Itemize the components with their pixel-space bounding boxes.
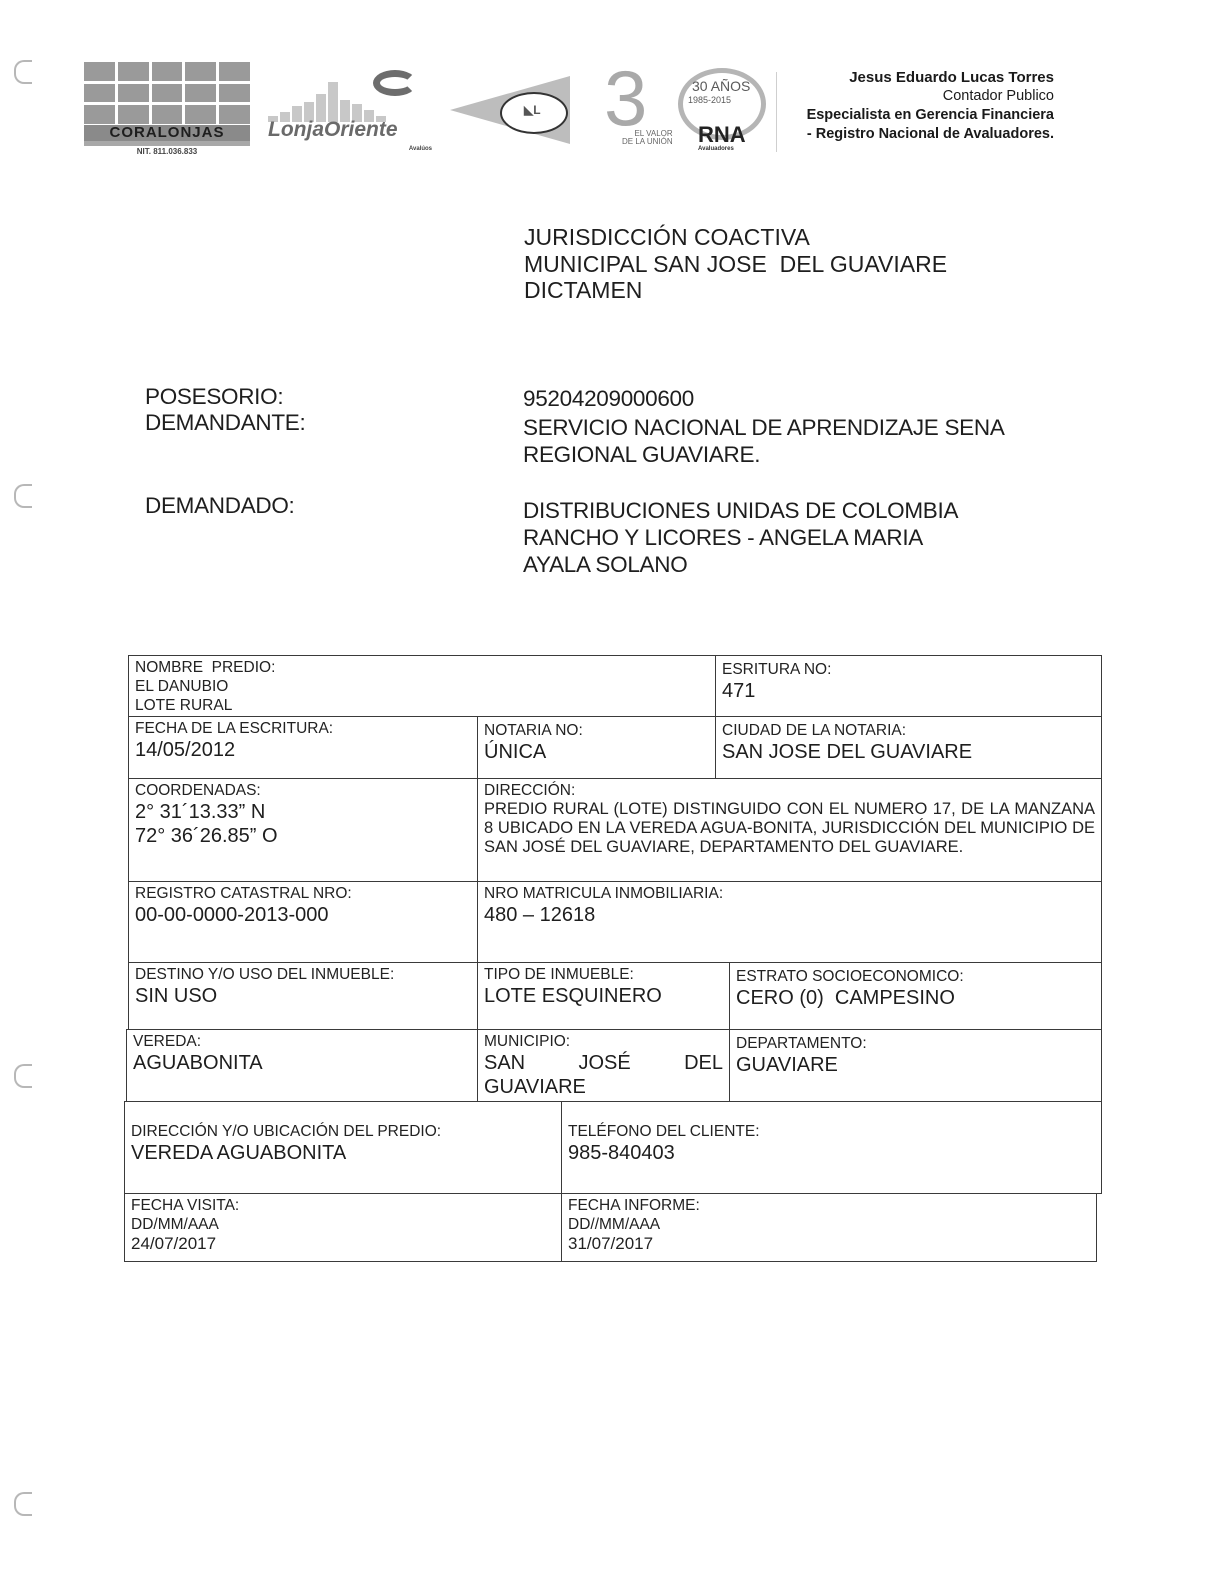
tipo-inmueble-label: TIPO DE INMUEBLE: [484,965,723,984]
rna-30-anos-logo: 3 30 AÑOS 1985-2015 EL VALOR DE LA UNIÓN… [600,64,770,156]
fecha-visita-format: DD/MM/AAA [131,1215,555,1234]
fecha-informe-label: FECHA INFORME: [568,1196,1090,1215]
binder-hole-mark [14,1492,32,1516]
posesorio-label: POSESORIO: [145,384,283,410]
notaria-no-label: NOTARIA NO: [484,721,709,740]
issuer-name: Jesus Eduardo Lucas Torres [807,68,1054,87]
registro-catastral-value: 00-00-0000-2013-000 [135,903,471,927]
fecha-informe-format: DD//MM/AAA [568,1215,1090,1234]
lonja-oriente-name: LonjaOriente [268,118,398,142]
posesorio-value: 95204209000600 [523,385,694,412]
demandante-label: DEMANDANTE: [145,410,305,436]
escritura-no-value: 471 [722,679,1095,703]
matricula-value: 480 – 12618 [484,903,1095,927]
issuer-specialty: Especialista en Gerencia Financiera [807,106,1054,125]
coralonjas-nit: NIT. 811.036.833 [84,147,250,156]
direccion-label: DIRECCIÓN: [484,781,1095,800]
ciudad-notaria-value: SAN JOSE DEL GUAVIARE [722,740,1095,764]
coralonjas-logo: CORALONJAS NIT. 811.036.833 [84,62,254,156]
issuer-block: Jesus Eduardo Lucas Torres Contador Publ… [807,68,1054,144]
fecha-informe-value: 31/07/2017 [568,1234,1090,1253]
ubicacion-label: DIRECCIÓN Y/O UBICACIÓN DEL PREDIO: [131,1122,555,1141]
document-title: JURISDICCIÓN COACTIVA MUNICIPAL SAN JOSE… [524,224,947,304]
lonja-oriente-logo: LonjaOriente Avalúos [268,66,448,146]
cell-notaria-no: NOTARIA NO: ÚNICA [477,716,716,779]
title-line-1: JURISDICCIÓN COACTIVA [524,224,947,251]
issuer-title: Contador Publico [807,87,1054,106]
estrato-value: CERO (0) CAMPESINO [736,986,1095,1010]
demandado-line-3: AYALA SOLANO [523,551,687,578]
binder-hole-mark [14,1064,32,1088]
escritura-no-label: ESRITURA NO: [722,660,1095,679]
cell-fecha-visita: FECHA VISITA: DD/MM/AAA 24/07/2017 [124,1193,562,1262]
title-line-3: DICTAMEN [524,277,947,304]
matricula-label: NRO MATRICULA INMOBILIARIA: [484,884,1095,903]
coralonjas-grid-icon [84,62,250,124]
ubicacion-value: VEREDA AGUABONITA [131,1141,555,1165]
header-divider [776,72,777,152]
nombre-predio-label: NOMBRE PREDIO: [135,658,709,677]
departamento-value: GUAVIARE [736,1053,1095,1077]
destino-label: DESTINO Y/O USO DEL INMUEBLE: [135,965,471,984]
municipio-value: SAN JOSÉ DEL GUAVIARE [484,1051,723,1099]
demandante-line-2: REGIONAL GUAVIARE. [523,441,760,468]
binder-hole-mark [14,60,32,84]
cell-registro-catastral: REGISTRO CATASTRAL NRO: 00-00-0000-2013-… [128,881,478,963]
cell-tipo-inmueble: TIPO DE INMUEBLE: LOTE ESQUINERO [477,962,730,1030]
vereda-label: VEREDA: [133,1032,471,1051]
coordenadas-label: COORDENADAS: [135,781,471,800]
demandado-label: DEMANDADO: [145,493,295,519]
cell-destino: DESTINO Y/O USO DEL INMUEBLE: SIN USO [128,962,478,1030]
eye-logo: ◣L [450,70,580,150]
tipo-inmueble-value: LOTE ESQUINERO [484,984,723,1008]
direccion-value: PREDIO RURAL (LOTE) DISTINGUIDO CON EL N… [484,800,1095,857]
cell-ubicacion: DIRECCIÓN Y/O UBICACIÓN DEL PREDIO: VERE… [124,1101,562,1194]
title-line-2: MUNICIPAL SAN JOSE DEL GUAVIARE [524,251,947,278]
cell-direccion: DIRECCIÓN: PREDIO RURAL (LOTE) DISTINGUI… [477,778,1102,882]
cell-estrato: ESTRATO SOCIOECONOMICO: CERO (0) CAMPESI… [729,962,1102,1030]
cell-escritura-no: ESRITURA NO: 471 [715,655,1102,717]
rna-brand: RNA [698,124,746,146]
ciudad-notaria-label: CIUDAD DE LA NOTARIA: [722,721,1095,740]
cell-vereda: VEREDA: AGUABONITA [126,1029,478,1102]
coralonjas-name: CORALONJAS [84,125,250,141]
cell-ciudad-notaria: CIUDAD DE LA NOTARIA: SAN JOSE DEL GUAVI… [715,716,1102,779]
coralonjas-subtitle-bar [84,141,250,146]
telefono-value: 985-840403 [568,1141,1095,1165]
lonja-oriente-subtitle: Avalúos [409,146,432,152]
tagline-line-2: DE LA UNIÓN [622,138,673,146]
cell-fecha-escritura: FECHA DE LA ESCRITURA: 14/05/2012 [128,716,478,779]
coordenadas-lat: 2° 31´13.33” N [135,800,471,824]
demandado-line-1: DISTRIBUCIONES UNIDAS DE COLOMBIA [523,497,958,524]
telefono-label: TELÉFONO DEL CLIENTE: [568,1122,1095,1141]
notaria-no-value: ÚNICA [484,740,709,764]
issuer-registry: - Registro Nacional de Avaluadores. [807,125,1054,144]
coordenadas-lon: 72° 36´26.85” O [135,824,471,848]
cell-matricula: NRO MATRICULA INMOBILIARIA: 480 – 12618 [477,881,1102,963]
fecha-visita-label: FECHA VISITA: [131,1196,555,1215]
fecha-visita-value: 24/07/2017 [131,1234,555,1253]
destino-value: SIN USO [135,984,471,1008]
demandado-line-2: RANCHO Y LICORES - ANGELA MARIA [523,524,923,551]
eye-circle-icon: ◣L [500,92,568,134]
cell-nombre-predio: NOMBRE PREDIO: EL DANUBIO LOTE RURAL [128,655,716,717]
anos-years: 1985-2015 [688,95,731,105]
tagline: EL VALOR DE LA UNIÓN [622,130,673,146]
cell-fecha-informe: FECHA INFORME: DD//MM/AAA 31/07/2017 [561,1193,1097,1262]
demandante-line-1: SERVICIO NACIONAL DE APRENDIZAJE SENA [523,414,1005,441]
municipio-label: MUNICIPIO: [484,1032,723,1051]
number-3-glyph: 3 [604,58,647,138]
binder-hole-mark [14,484,32,508]
vereda-value: AGUABONITA [133,1051,471,1075]
departamento-label: DEPARTAMENTO: [736,1034,1095,1053]
cell-municipio: MUNICIPIO: SAN JOSÉ DEL GUAVIARE [477,1029,730,1102]
building-bars-icon [268,82,386,122]
cell-departamento: DEPARTAMENTO: GUAVIARE [729,1029,1102,1102]
estrato-label: ESTRATO SOCIOECONOMICO: [736,967,1095,986]
registro-catastral-label: REGISTRO CATASTRAL NRO: [135,884,471,903]
anos-label: 30 AÑOS [692,78,750,94]
fecha-escritura-label: FECHA DE LA ESCRITURA: [135,719,471,738]
rna-brand-sub: Avaluadores [698,146,734,152]
cell-telefono: TELÉFONO DEL CLIENTE: 985-840403 [561,1101,1102,1194]
cell-coordenadas: COORDENADAS: 2° 31´13.33” N 72° 36´26.85… [128,778,478,882]
nombre-predio-line-2: LOTE RURAL [135,696,709,715]
swoosh-icon [373,70,417,96]
nombre-predio-line-1: EL DANUBIO [135,677,709,696]
fecha-escritura-value: 14/05/2012 [135,738,471,762]
